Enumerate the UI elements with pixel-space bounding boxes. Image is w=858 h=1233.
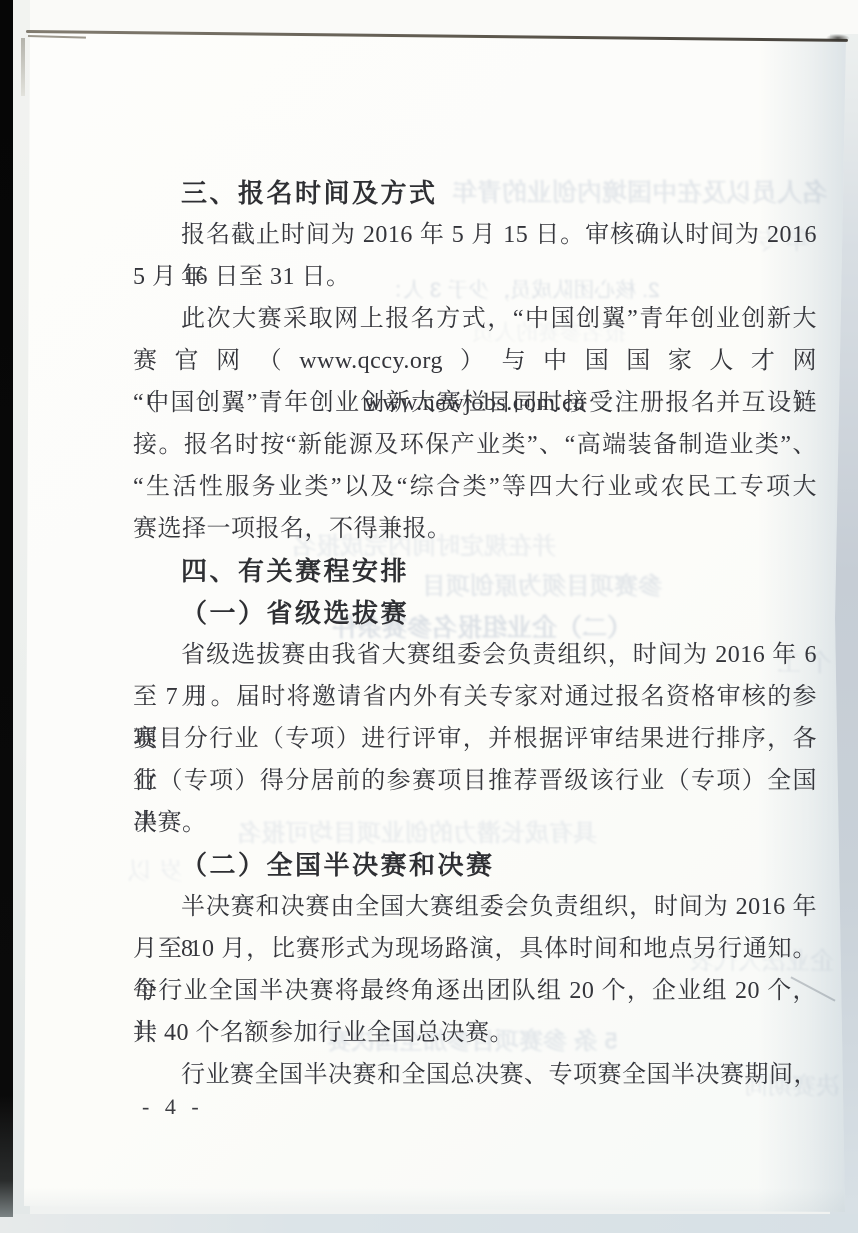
text-line: “生活性服务业类”以及“综合类”等四大行业或农民工专项大: [133, 466, 817, 508]
text-line: 省级选拔赛由我省大赛组委会负责组织，时间为 2016 年 6 月: [133, 634, 817, 676]
text-line: 至 7 月。届时将邀请省内外有关专家对通过报名资格审核的参赛: [133, 676, 817, 718]
text-line: 个行业全国半决赛将最终角逐出团队组 20 个，企业组 20 个，共: [133, 970, 817, 1012]
text-line: 项目分行业（专项）进行评审，并根据评审结果进行排序，各行: [133, 718, 817, 760]
text-line: 此次大赛采取网上报名方式，“中国创翼”青年创业创新大: [133, 298, 817, 340]
text-line: 赛选择一项报名，不得兼报。: [133, 508, 817, 550]
heading-line: （二）全国半决赛和决赛: [133, 844, 817, 886]
page-stack-edge: [21, 38, 25, 96]
text-line: 业（专项）得分居前的参赛项目推荐晋级该行业（专项）全国半: [133, 760, 817, 802]
text-line: “中国创翼”青年创业创新大赛栏目同时接受注册报名并互设链: [133, 382, 817, 424]
text-line: 计 40 个名额参加行业全国总决赛。: [133, 1012, 817, 1054]
text-line: 决赛。: [133, 802, 817, 844]
text-line: 半决赛和决赛由全国大赛组委会负责组织，时间为 2016 年 8: [133, 886, 817, 928]
text-line: 赛官网（www.qccy.org）与中国国家人才网（www.newjobs.co…: [133, 340, 817, 382]
heading-line: 三、报名时间及方式: [133, 172, 817, 214]
scanner-edge-strip: [0, 0, 13, 1217]
page-corner-shadow: [826, 34, 850, 42]
heading-line: 四、有关赛程安排: [133, 550, 817, 592]
text-line: 接。报名时按“新能源及环保产业类”、“高端装备制造业类”、: [133, 424, 817, 466]
text-line: 报名截止时间为 2016 年 5 月 15 日。审核确认时间为 2016 年: [133, 214, 817, 256]
text-line: 5 月 16 日至 31 日。: [133, 256, 817, 298]
page-number: - 4 -: [142, 1094, 204, 1120]
text-line: 月至 10 月，比赛形式为现场路演，具体时间和地点另行通知。每: [133, 928, 817, 970]
page-sheet: 名人员以及在中国境内创业的青年年 专2. 核心团队成员，少于 3 人：报名参赛的…: [22, 28, 858, 1220]
text-column: 三、报名时间及方式报名截止时间为 2016 年 5 月 15 日。审核确认时间为…: [133, 172, 817, 1096]
text-line: 行业赛全国半决赛和全国总决赛、专项赛全国半决赛期间，: [133, 1054, 817, 1096]
heading-line: （一）省级选拔赛: [133, 592, 817, 634]
scanner-bottom-band: [0, 1214, 858, 1233]
scanned-document: 名人员以及在中国境内创业的青年年 专2. 核心团队成员，少于 3 人：报名参赛的…: [0, 0, 858, 1233]
